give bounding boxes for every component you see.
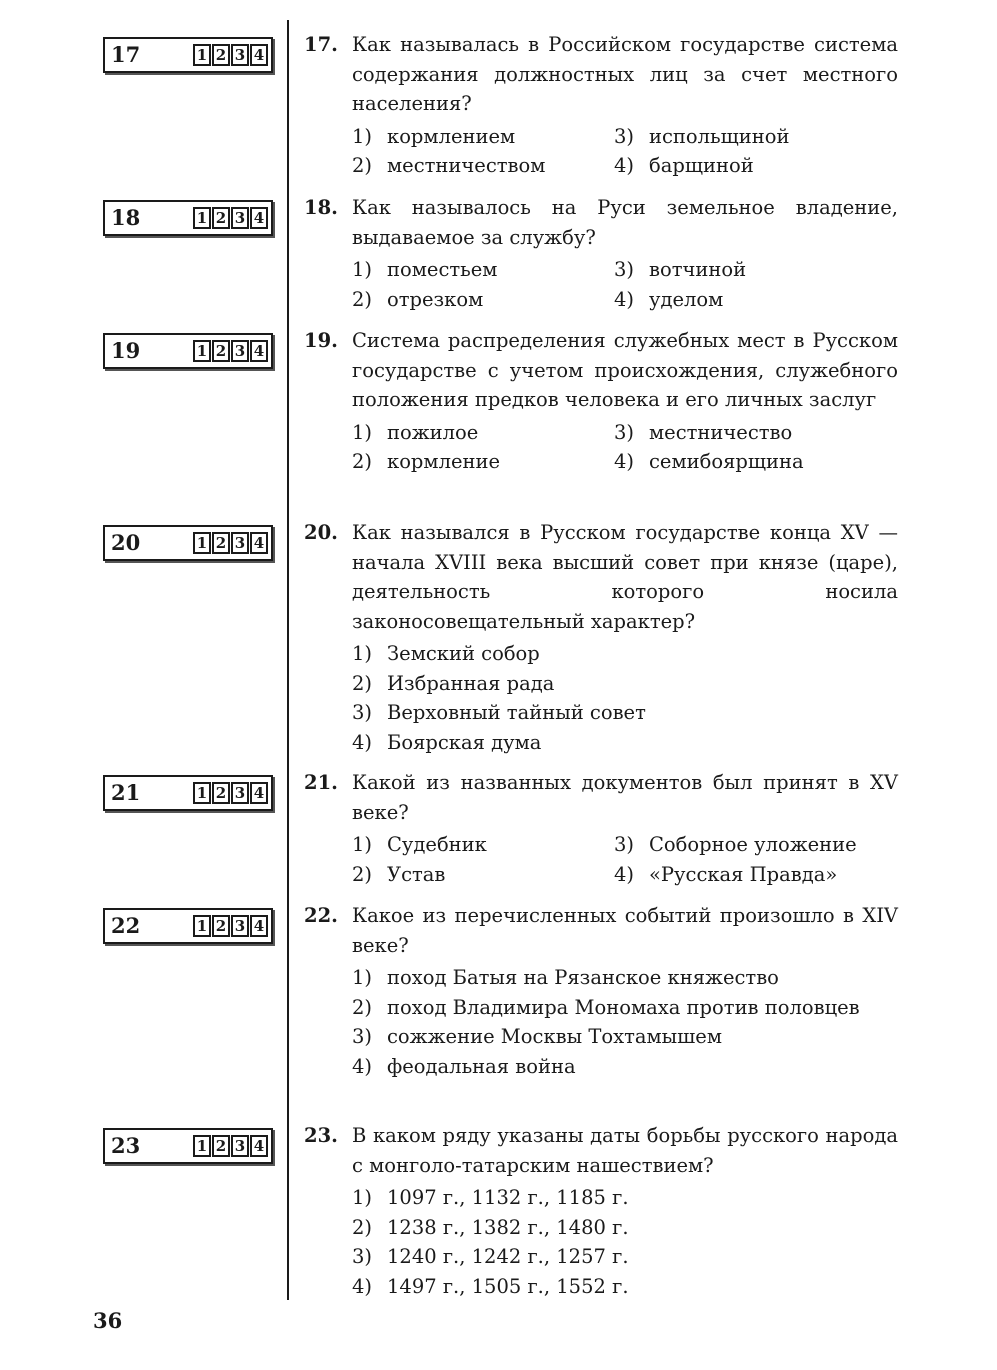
question-text: В каком ряду указаны даты борьбы русског… <box>352 1121 898 1180</box>
answer-cell-4[interactable]: 4 <box>250 340 268 362</box>
answer-cell-3[interactable]: 3 <box>231 44 249 66</box>
answer-cell-3[interactable]: 3 <box>231 340 249 362</box>
option-3: 3)вотчиной <box>614 255 898 285</box>
question-19: 19. Система распределения служебных мест… <box>304 326 898 477</box>
option-2: 2)поход Владимира Мономаха против половц… <box>352 993 898 1023</box>
option-2: 2)кормление <box>352 447 614 477</box>
question-number: 17. <box>304 30 352 119</box>
answer-cell-2[interactable]: 2 <box>212 915 230 937</box>
options-list: 1)кормлением 2)местничеством 3)испольщин… <box>304 122 898 181</box>
answer-box-17: 17 1 2 3 4 <box>103 37 273 73</box>
answer-box-number: 20 <box>111 531 140 555</box>
option-4: 4)1497 г., 1505 г., 1552 г. <box>352 1272 898 1302</box>
answer-box-number: 17 <box>111 43 140 67</box>
answer-cell-3[interactable]: 3 <box>231 782 249 804</box>
question-number: 22. <box>304 901 352 960</box>
options-list: 1)Судебник 2)Устав 3)Соборное уложение 4… <box>304 830 898 889</box>
option-2: 2)Устав <box>352 860 614 890</box>
option-2: 2)отрезком <box>352 285 614 315</box>
question-22: 22. Какое из перечисленных событий произ… <box>304 901 898 1081</box>
answer-box-23: 23 1 2 3 4 <box>103 1128 273 1164</box>
option-1: 1)поход Батыя на Рязанское княжество <box>352 963 898 993</box>
option-3: 3)Верховный тайный совет <box>352 698 898 728</box>
answer-box-18: 18 1 2 3 4 <box>103 200 273 236</box>
answer-cell-3[interactable]: 3 <box>231 532 249 554</box>
option-3: 3)Соборное уложение <box>614 830 898 860</box>
page-number: 36 <box>93 1308 122 1333</box>
answer-cell-2[interactable]: 2 <box>212 532 230 554</box>
question-text: Как назывался в Русском государстве конц… <box>352 518 898 636</box>
question-23: 23. В каком ряду указаны даты борьбы рус… <box>304 1121 898 1301</box>
question-text: Какой из названных документов был принят… <box>352 768 898 827</box>
option-4: 4)барщиной <box>614 151 898 181</box>
answer-cell-2[interactable]: 2 <box>212 340 230 362</box>
answer-cell-2[interactable]: 2 <box>212 782 230 804</box>
option-4: 4)Боярская дума <box>352 728 898 758</box>
answer-cell-1[interactable]: 1 <box>193 44 211 66</box>
answer-cell-1[interactable]: 1 <box>193 532 211 554</box>
option-4: 4)уделом <box>614 285 898 315</box>
answer-cell-4[interactable]: 4 <box>250 44 268 66</box>
question-number: 21. <box>304 768 352 827</box>
answer-cell-4[interactable]: 4 <box>250 532 268 554</box>
question-18: 18. Как называлось на Руси земельное вла… <box>304 193 898 314</box>
question-number: 19. <box>304 326 352 415</box>
option-3: 3)местничество <box>614 418 898 448</box>
option-3: 3)1240 г., 1242 г., 1257 г. <box>352 1242 898 1272</box>
answer-box-number: 22 <box>111 914 140 938</box>
option-1: 1)1097 г., 1132 г., 1185 г. <box>352 1183 898 1213</box>
answer-cell-1[interactable]: 1 <box>193 915 211 937</box>
answer-cell-1[interactable]: 1 <box>193 782 211 804</box>
option-1: 1)поместьем <box>352 255 614 285</box>
options-list: 1)1097 г., 1132 г., 1185 г. 2)1238 г., 1… <box>304 1183 898 1301</box>
options-list: 1)поместьем 2)отрезком 3)вотчиной 4)удел… <box>304 255 898 314</box>
options-list: 1)пожилое 2)кормление 3)местничество 4)с… <box>304 418 898 477</box>
question-text: Система распределения служебных мест в Р… <box>352 326 898 415</box>
answer-box-number: 21 <box>111 781 140 805</box>
question-text: Как называлась в Российском государстве … <box>352 30 898 119</box>
answer-cell-2[interactable]: 2 <box>212 207 230 229</box>
answer-cell-4[interactable]: 4 <box>250 1135 268 1157</box>
question-text: Как называлось на Руси земельное владени… <box>352 193 898 252</box>
answer-box-22: 22 1 2 3 4 <box>103 908 273 944</box>
column-divider <box>287 20 289 1300</box>
question-number: 23. <box>304 1121 352 1180</box>
question-17: 17. Как называлась в Российском государс… <box>304 30 898 181</box>
option-2: 2)Избранная рада <box>352 669 898 699</box>
question-20: 20. Как назывался в Русском государстве … <box>304 518 898 757</box>
option-2: 2)1238 г., 1382 г., 1480 г. <box>352 1213 898 1243</box>
question-21: 21. Какой из названных документов был пр… <box>304 768 898 889</box>
options-list: 1)поход Батыя на Рязанское княжество 2)п… <box>304 963 898 1081</box>
options-list: 1)Земский собор 2)Избранная рада 3)Верхо… <box>304 639 898 757</box>
option-2: 2)местничеством <box>352 151 614 181</box>
answer-box-21: 21 1 2 3 4 <box>103 775 273 811</box>
question-number: 20. <box>304 518 352 636</box>
option-1: 1)кормлением <box>352 122 614 152</box>
answer-box-number: 19 <box>111 339 140 363</box>
question-number: 18. <box>304 193 352 252</box>
answer-box-number: 23 <box>111 1134 140 1158</box>
answer-cell-3[interactable]: 3 <box>231 915 249 937</box>
answer-box-20: 20 1 2 3 4 <box>103 525 273 561</box>
option-3: 3)испольщиной <box>614 122 898 152</box>
answer-box-19: 19 1 2 3 4 <box>103 333 273 369</box>
answer-cell-3[interactable]: 3 <box>231 1135 249 1157</box>
option-4: 4)феодальная война <box>352 1052 898 1082</box>
answer-cell-4[interactable]: 4 <box>250 782 268 804</box>
answer-cell-1[interactable]: 1 <box>193 207 211 229</box>
option-1: 1)Земский собор <box>352 639 898 669</box>
option-1: 1)Судебник <box>352 830 614 860</box>
option-1: 1)пожилое <box>352 418 614 448</box>
answer-cell-2[interactable]: 2 <box>212 44 230 66</box>
answer-cell-4[interactable]: 4 <box>250 915 268 937</box>
answer-cell-3[interactable]: 3 <box>231 207 249 229</box>
question-text: Какое из перечисленных событий произошло… <box>352 901 898 960</box>
option-4: 4)семибоярщина <box>614 447 898 477</box>
option-3: 3)сожжение Москвы Тохтамышем <box>352 1022 898 1052</box>
answer-cell-2[interactable]: 2 <box>212 1135 230 1157</box>
option-4: 4)«Русская Правда» <box>614 860 898 890</box>
answer-cell-1[interactable]: 1 <box>193 1135 211 1157</box>
answer-cell-4[interactable]: 4 <box>250 207 268 229</box>
answer-box-number: 18 <box>111 206 140 230</box>
answer-cell-1[interactable]: 1 <box>193 340 211 362</box>
